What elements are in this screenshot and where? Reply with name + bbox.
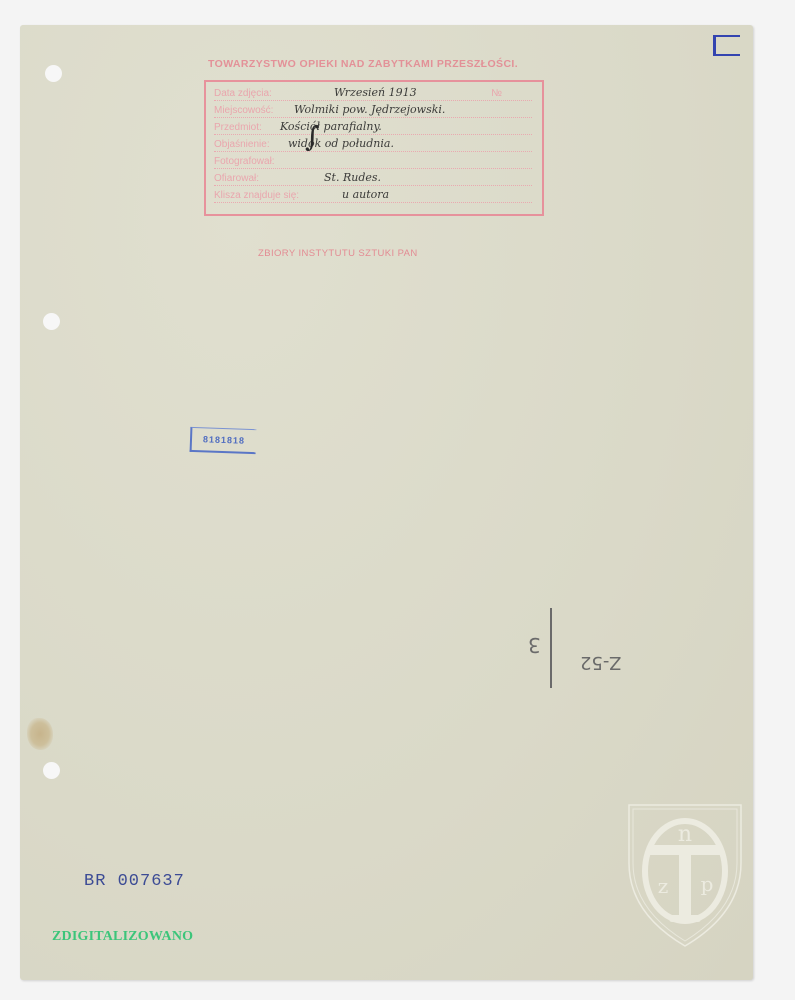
pencil-divider [550,608,552,688]
svg-text:z: z [658,874,669,898]
field-location: Miejscowość: Wolmiki pow. Jędrzejowski. [214,101,532,118]
punch-hole [45,65,62,82]
svg-text:p: p [701,872,714,896]
field-subject: Przedmiot: Kościół parafialny. [214,118,532,135]
field-donor: Ofiarował: St. Rudes. [214,169,532,186]
field-label: Klisza znajduje się: [214,190,299,201]
field-label: Fotografował: [214,156,275,167]
svg-text:n: n [678,822,692,847]
field-value: widok od południa. [288,137,394,150]
catalog-number: BR 007637 [84,872,185,891]
pencil-note: Z-52 [580,652,621,673]
pencil-note: 3 [528,633,541,657]
field-description: Objaśnienie: widok od południa. [214,135,532,152]
institute-stamp: ZBIORY INSTYTUTU SZTUKI PAN [258,248,418,259]
photo-record-stamp: Data zdjęcia: Wrzesień 1913 № Miejscowoś… [204,80,544,216]
field-value: St. Rudes. [324,171,381,184]
punch-hole [43,762,60,779]
corner-mark [713,35,740,56]
field-date: Data zdjęcia: Wrzesień 1913 № [214,84,532,101]
field-value: Kościół parafialny. [280,120,382,133]
field-label: Przedmiot: [214,122,262,133]
field-label: Data zdjęcia: [214,88,272,99]
digitized-stamp: ZDIGITALIZOWANO [52,929,193,945]
number-label: № [491,88,502,99]
field-value: Wrzesień 1913 [334,86,417,99]
field-label: Objaśnienie: [214,139,270,150]
ntzp-watermark-icon: n z p [625,803,745,948]
field-value: u autora [342,188,389,201]
handwritten-bracket: ∫ [305,120,320,153]
field-photographer: Fotografował: [214,152,532,169]
field-label: Ofiarował: [214,173,259,184]
field-value: Wolmiki pow. Jędrzejowski. [294,103,445,116]
paper-stain [27,718,53,750]
field-plate-location: Klisza znajduje się: u autora [214,186,532,203]
blue-number-stamp: 8181818 [190,427,257,454]
field-label: Miejscowość: [214,105,273,116]
punch-hole [43,313,60,330]
society-stamp-header: TOWARZYSTWO OPIEKI NAD ZABYTKAMI PRZESZŁ… [208,58,558,70]
